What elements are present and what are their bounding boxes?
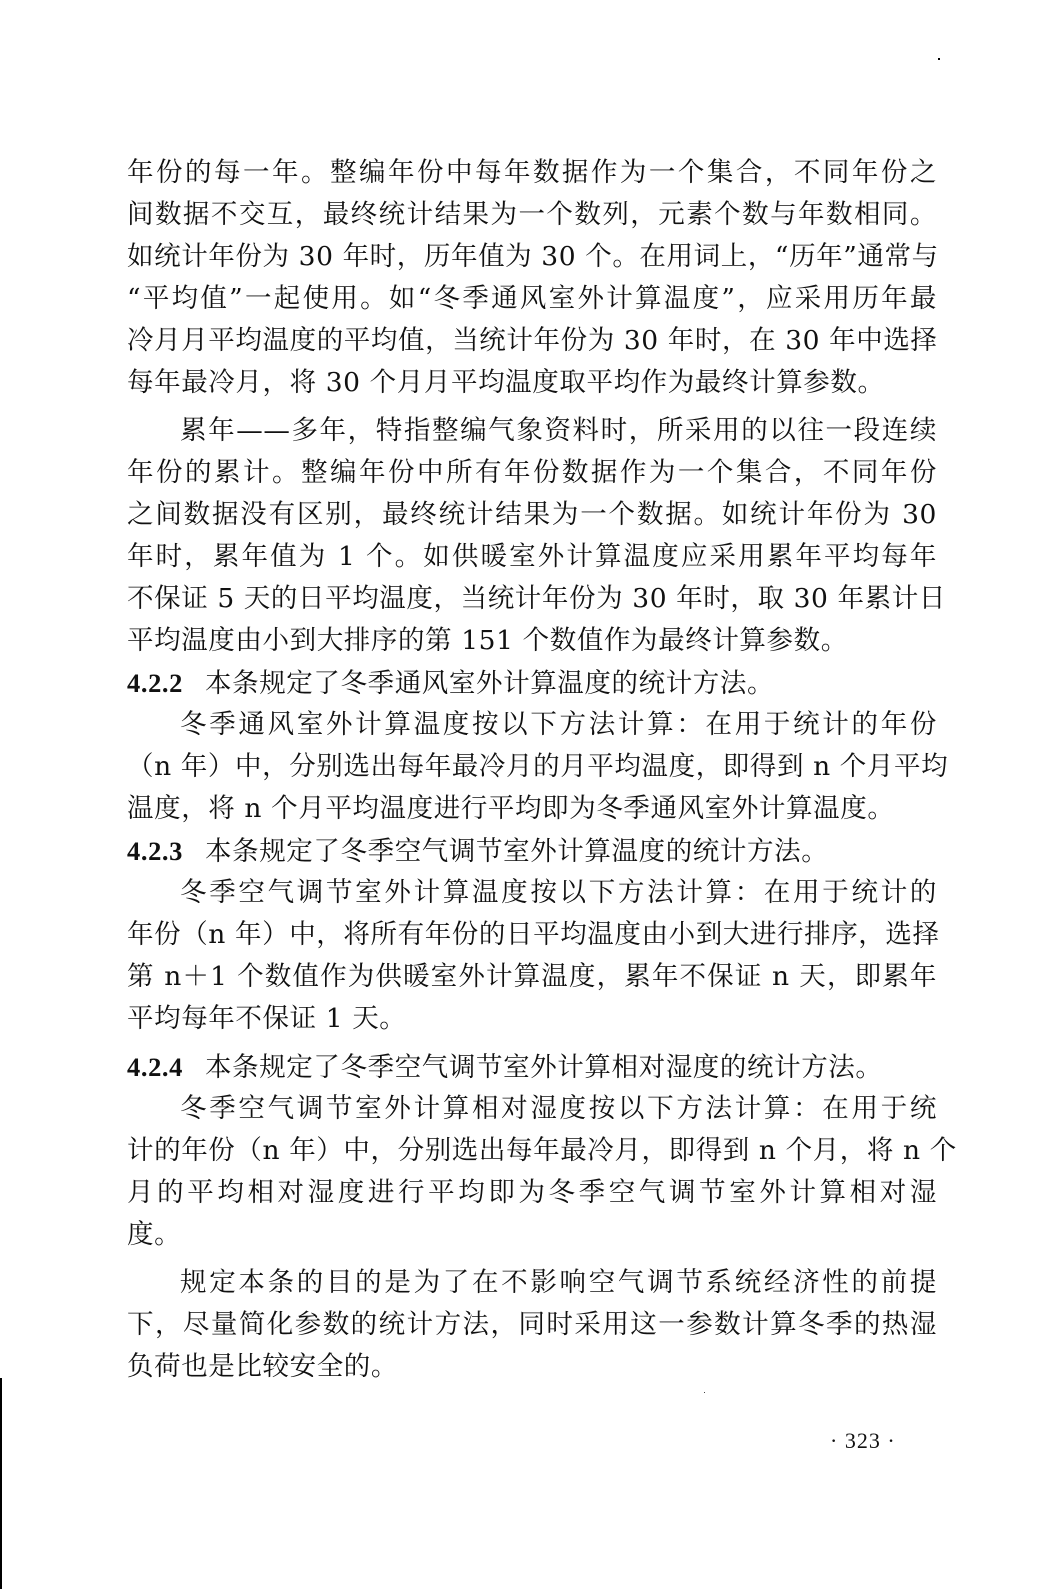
- text-line: 年时，累年值为 1 个。如供暖室外计算温度应采用累年平均每年: [127, 536, 937, 578]
- paragraph-continuation: 年份的每一年。整编年份中每年数据作为一个集合，不同年份之 间数据不交互，最终统计…: [127, 152, 937, 404]
- text-line: 不保证 5 天的日平均温度，当统计年份为 30 年时，取 30 年累计日: [127, 578, 937, 620]
- section-number: 4.2.4: [127, 1052, 183, 1082]
- text-line: “平均值”一起使用。如“冬季通风室外计算温度”，应采用历年最: [127, 278, 937, 320]
- scan-speck: [704, 1392, 705, 1393]
- paragraph-4-2-4-body: 冬季空气调节室外计算相对湿度按以下方法计算：在用于统 计的年份（n 年）中，分别…: [127, 1088, 937, 1256]
- text-line: 负荷也是比较安全的。: [127, 1346, 937, 1388]
- section-heading-text: 本条规定了冬季空气调节室外计算相对湿度的统计方法。: [205, 1052, 883, 1083]
- text-line: 每年最冷月，将 30 个月月平均温度取平均作为最终计算参数。: [127, 362, 937, 404]
- document-page: 年份的每一年。整编年份中每年数据作为一个集合，不同年份之 间数据不交互，最终统计…: [0, 0, 1059, 1589]
- body-text: 年份的每一年。整编年份中每年数据作为一个集合，不同年份之 间数据不交互，最终统计…: [127, 152, 937, 1388]
- text-line: 温度，将 n 个月平均温度进行平均即为冬季通风室外计算温度。: [127, 788, 937, 830]
- text-line: 间数据不交互，最终统计结果为一个数列，元素个数与年数相同。: [127, 194, 937, 236]
- text-line: 平均温度由小到大排序的第 151 个数值作为最终计算参数。: [127, 620, 937, 662]
- text-line: 下，尽量简化参数的统计方法，同时采用这一参数计算冬季的热湿: [127, 1304, 937, 1346]
- text-line: 规定本条的目的是为了在不影响空气调节系统经济性的前提: [127, 1262, 937, 1304]
- text-line: 冬季空气调节室外计算温度按以下方法计算：在用于统计的: [127, 872, 937, 914]
- section-heading-4-2-3: 4.2.3本条规定了冬季空气调节室外计算温度的统计方法。: [127, 830, 937, 872]
- section-heading-4-2-2: 4.2.2本条规定了冬季通风室外计算温度的统计方法。: [127, 662, 937, 704]
- text-line: 累年——多年，特指整编气象资料时，所采用的以往一段连续: [127, 410, 937, 452]
- text-line: 年份（n 年）中，将所有年份的日平均温度由小到大进行排序，选择: [127, 914, 937, 956]
- scan-dot-mark: [938, 58, 940, 60]
- text-line: 冬季通风室外计算温度按以下方法计算：在用于统计的年份: [127, 704, 937, 746]
- paragraph-4-2-2-body: 冬季通风室外计算温度按以下方法计算：在用于统计的年份 （n 年）中，分别选出每年…: [127, 704, 937, 830]
- text-line: 如统计年份为 30 年时，历年值为 30 个。在用词上，“历年”通常与: [127, 236, 937, 278]
- text-line: （n 年）中，分别选出每年最冷月的月平均温度，即得到 n 个月平均: [127, 746, 937, 788]
- text-line: 计的年份（n 年）中，分别选出每年最冷月，即得到 n 个月，将 n 个: [127, 1130, 937, 1172]
- text-line: 年份的每一年。整编年份中每年数据作为一个集合，不同年份之: [127, 152, 937, 194]
- paragraph-purpose: 规定本条的目的是为了在不影响空气调节系统经济性的前提 下，尽量简化参数的统计方法…: [127, 1262, 937, 1388]
- paragraph-4-2-3-body: 冬季空气调节室外计算温度按以下方法计算：在用于统计的 年份（n 年）中，将所有年…: [127, 872, 937, 1040]
- text-line: 度。: [127, 1214, 937, 1256]
- text-line: 平均每年不保证 1 天。: [127, 998, 937, 1040]
- text-line: 之间数据没有区别，最终统计结果为一个数据。如统计年份为 30: [127, 494, 937, 536]
- scan-edge-line: [0, 1378, 2, 1589]
- section-number: 4.2.2: [127, 668, 183, 698]
- text-line: 冬季空气调节室外计算相对湿度按以下方法计算：在用于统: [127, 1088, 937, 1130]
- section-number: 4.2.3: [127, 836, 183, 866]
- text-line: 年份的累计。整编年份中所有年份数据作为一个集合，不同年份: [127, 452, 937, 494]
- text-line: 月的平均相对湿度进行平均即为冬季空气调节室外计算相对湿: [127, 1172, 937, 1214]
- paragraph-definition-leinian: 累年——多年，特指整编气象资料时，所采用的以往一段连续 年份的累计。整编年份中所…: [127, 410, 937, 662]
- section-heading-text: 本条规定了冬季通风室外计算温度的统计方法。: [205, 668, 774, 699]
- section-heading-4-2-4: 4.2.4本条规定了冬季空气调节室外计算相对湿度的统计方法。: [127, 1046, 937, 1088]
- text-line: 第 n＋1 个数值作为供暖室外计算温度，累年不保证 n 天，即累年: [127, 956, 937, 998]
- section-heading-text: 本条规定了冬季空气调节室外计算温度的统计方法。: [205, 836, 828, 867]
- text-line: 冷月月平均温度的平均值，当统计年份为 30 年时，在 30 年中选择: [127, 320, 937, 362]
- page-number: · 323 ·: [830, 1428, 896, 1454]
